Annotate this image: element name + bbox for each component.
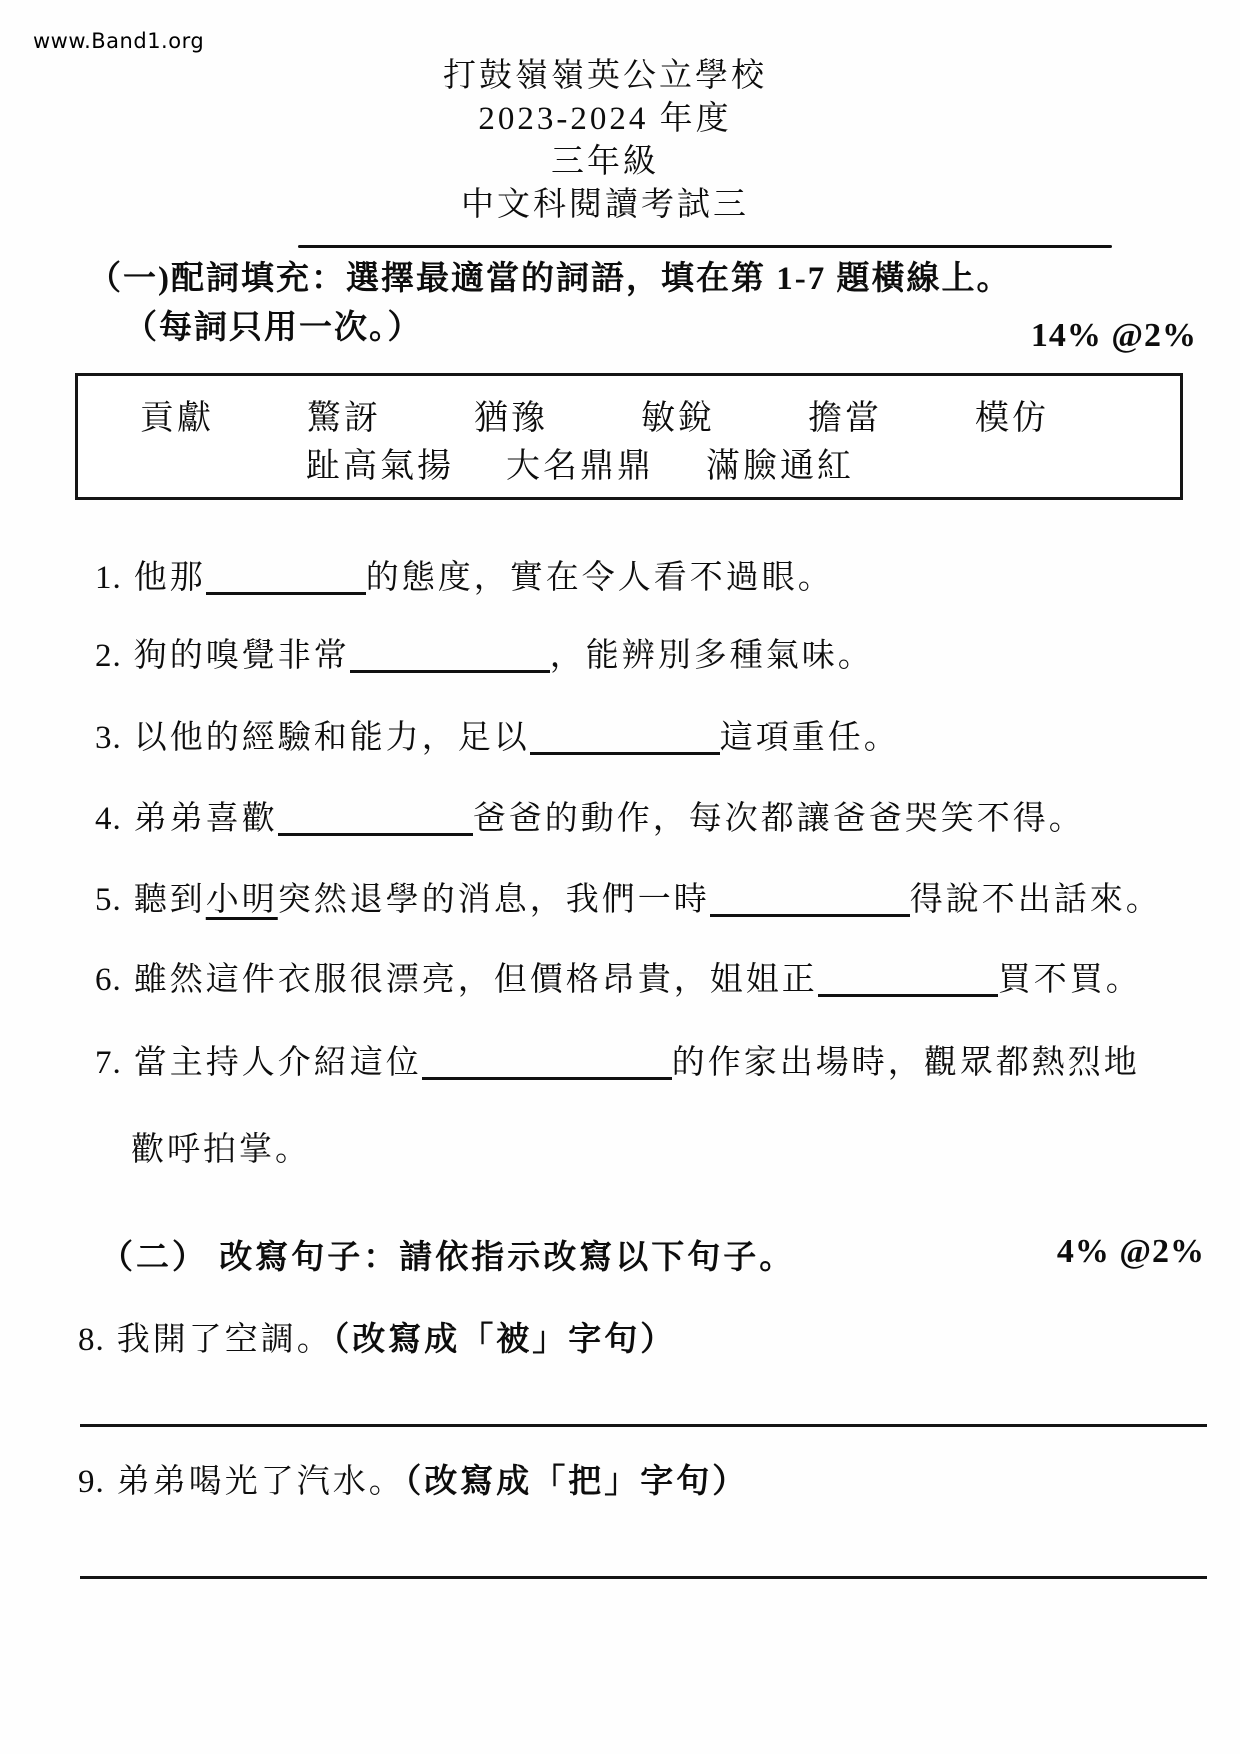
question-7: 7.當主持人介紹這位的作家出場時，觀眾都熱烈地歡呼拍掌。 (95, 1041, 1220, 1172)
question-number: 3. (95, 720, 122, 756)
word-bank-item: 貢獻 (140, 398, 214, 439)
exam-page: www.Band1.org 打鼓嶺嶺英公立學校 2023-2024 年度 三年級… (0, 0, 1240, 1754)
question-number: 2. (95, 638, 122, 674)
word-bank-item: 滿臉通紅 (706, 446, 854, 487)
section2-heading: （二） 改寫句子：請依指示改寫以下句子。 (100, 1231, 795, 1278)
question-text: 歡呼拍掌。 (131, 1132, 311, 1168)
word-bank-item: 驚訝 (307, 398, 381, 439)
question-text: 弟弟喜歡 (134, 801, 278, 837)
question-text: （改寫成「被」字句） (333, 1322, 677, 1358)
fill-in-blank-line (422, 1047, 672, 1080)
question-text: 我開了空調。 (117, 1322, 333, 1358)
question-text: 突然退學的消息，我們一時 (278, 882, 710, 918)
watermark-url: www.Band1.org (33, 29, 204, 53)
question-text: 他那 (134, 560, 206, 596)
word-bank-item: 模仿 (975, 398, 1049, 439)
word-bank-item: 猶豫 (474, 398, 548, 439)
answer-writing-line (80, 1424, 1207, 1427)
question-text: 聽到 (134, 882, 206, 918)
word-bank-item: 擔當 (808, 398, 882, 439)
question-4: 4.弟弟喜歡爸爸的動作，每次都讓爸爸哭笑不得。 (95, 797, 1220, 841)
question-1: 1.他那的態度，實在令人看不過眼。 (95, 556, 1220, 600)
school-year: 2023-2024 年度 (0, 98, 1210, 141)
fill-in-blank-line (710, 884, 910, 917)
grade-level: 三年級 (0, 141, 1210, 184)
line-break (95, 1085, 1220, 1128)
exam-title: 中文科閱讀考試三 (0, 184, 1210, 227)
question-number: 5. (95, 882, 122, 918)
question-text: 買不買。 (998, 962, 1142, 998)
question-5: 5.聽到小明突然退學的消息，我們一時得說不出話來。 (95, 878, 1220, 922)
question-text: 以他的經驗和能力，足以 (134, 720, 530, 756)
question-number: 8. (78, 1322, 105, 1358)
word-bank-row-2: 趾高氣揚大名鼎鼎滿臉通紅 (306, 446, 1180, 487)
question-number: 9. (78, 1464, 105, 1500)
fill-in-blank-line (530, 722, 720, 755)
question-text: 的作家出場時，觀眾都熱烈地 (672, 1045, 1140, 1081)
section1-heading: （一)配詞填充：選擇最適當的詞語，填在第 1-7 題橫線上。 (88, 252, 1011, 299)
word-bank-row-1: 貢獻驚訝猶豫敏銳擔當模仿 (140, 398, 1180, 439)
section1-subheading: （每詞只用一次。） (124, 301, 423, 348)
question-number: 6. (95, 962, 122, 998)
word-bank-item: 趾高氣揚 (306, 446, 454, 487)
answer-writing-line (80, 1576, 1207, 1579)
question-number: 4. (95, 801, 122, 837)
section1-marks: 14% @2% (1031, 317, 1197, 355)
exam-header: 打鼓嶺嶺英公立學校 2023-2024 年度 三年級 中文科閱讀考試三 (0, 55, 1210, 227)
question-9: 9.弟弟喝光了汽水。（改寫成「把」字句） (78, 1460, 1203, 1504)
header-divider-line (298, 245, 1112, 248)
fill-in-blank-line (818, 964, 998, 997)
question-3: 3.以他的經驗和能力，足以這項重任。 (95, 716, 1220, 760)
fill-in-blank-line (278, 803, 473, 836)
underlined-text: 小明 (206, 882, 278, 918)
fill-in-blank-line (350, 640, 550, 673)
question-number: 7. (95, 1045, 122, 1081)
question-text: 爸爸的動作，每次都讓爸爸哭笑不得。 (473, 801, 1085, 837)
fill-in-blank-line (206, 562, 366, 595)
question-6: 6.雖然這件衣服很漂亮，但價格昂貴，姐姐正買不買。 (95, 958, 1220, 1002)
question-text: 狗的嗅覺非常 (134, 638, 350, 674)
question-2: 2.狗的嗅覺非常，能辨別多種氣味。 (95, 634, 1220, 678)
question-text: 得說不出話來。 (910, 882, 1162, 918)
question-text: 雖然這件衣服很漂亮，但價格昂貴，姐姐正 (134, 962, 818, 998)
word-bank-item: 大名鼎鼎 (506, 446, 654, 487)
question-text: 這項重任。 (720, 720, 900, 756)
school-name: 打鼓嶺嶺英公立學校 (0, 55, 1210, 98)
question-text: 弟弟喝光了汽水。 (117, 1464, 405, 1500)
question-number: 1. (95, 560, 122, 596)
question-text: （改寫成「把」字句） (405, 1464, 749, 1500)
question-8: 8.我開了空調。（改寫成「被」字句） (78, 1318, 1203, 1362)
word-bank-item: 敏銳 (641, 398, 715, 439)
word-bank-box: 貢獻驚訝猶豫敏銳擔當模仿 趾高氣揚大名鼎鼎滿臉通紅 (75, 373, 1183, 500)
question-text: 的態度，實在令人看不過眼。 (366, 560, 834, 596)
section2-marks: 4% @2% (1057, 1233, 1205, 1271)
question-text: 當主持人介紹這位 (134, 1045, 422, 1081)
question-text: ，能辨別多種氣味。 (550, 638, 874, 674)
